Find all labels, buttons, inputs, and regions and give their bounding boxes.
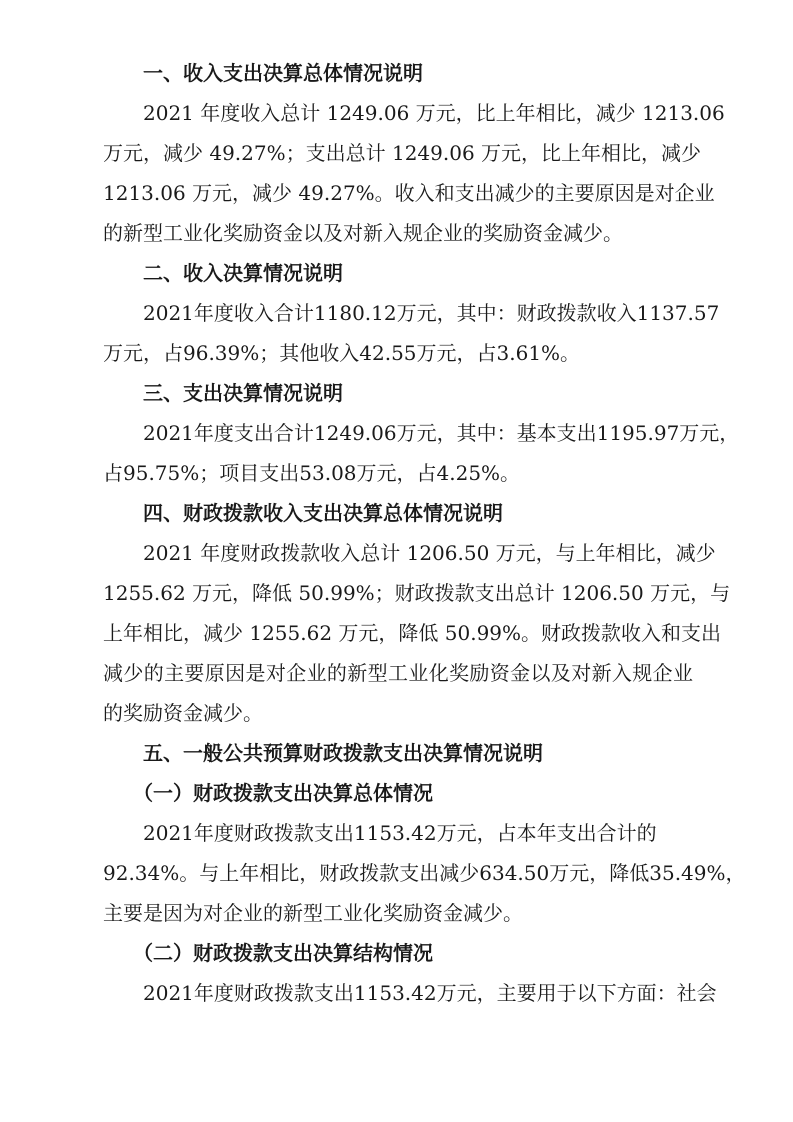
- paragraph-line: 2021年度收入合计1180.12万元，其中：财政拨款收入1137.57: [143, 301, 693, 325]
- section-heading: 一、收入支出决算总体情况说明: [143, 61, 693, 85]
- paragraph-line: 上年相比，减少 1255.62 万元，降低 50.99%。财政拨款收入和支出: [103, 621, 693, 645]
- paragraph-line: 主要是因为对企业的新型工业化奖励资金减少。: [103, 901, 693, 925]
- paragraph-line: 92.34%。与上年相比，财政拨款支出减少634.50万元，降低35.49%，: [103, 861, 693, 885]
- section-heading: 四、财政拨款收入支出决算总体情况说明: [143, 501, 693, 525]
- paragraph-line: 2021年度财政拨款支出1153.42万元，主要用于以下方面：社会: [143, 981, 693, 1005]
- paragraph-line: 2021年度财政拨款支出1153.42万元，占本年支出合计的: [143, 821, 693, 845]
- paragraph-line: 的新型工业化奖励资金以及对新入规企业的奖励资金减少。: [103, 221, 693, 245]
- subsection-heading: （二）财政拨款支出决算结构情况: [133, 941, 723, 965]
- section-heading: 五、一般公共预算财政拨款支出决算情况说明: [143, 741, 693, 765]
- section-heading: 二、收入决算情况说明: [143, 261, 693, 285]
- paragraph-line: 的奖励资金减少。: [103, 701, 693, 725]
- subsection-heading: （一）财政拨款支出决算总体情况: [133, 781, 723, 805]
- paragraph-line: 减少的主要原因是对企业的新型工业化奖励资金以及对新入规企业: [103, 661, 693, 685]
- section-heading: 三、支出决算情况说明: [143, 381, 693, 405]
- paragraph-line: 万元，占96.39%；其他收入42.55万元，占3.61%。: [103, 341, 693, 365]
- paragraph-line: 2021 年度收入总计 1249.06 万元，比上年相比，减少 1213.06: [143, 101, 693, 125]
- paragraph-line: 2021 年度财政拨款收入总计 1206.50 万元，与上年相比，减少: [143, 541, 693, 565]
- paragraph-line: 1255.62 万元，降低 50.99%；财政拨款支出总计 1206.50 万元…: [103, 581, 693, 605]
- paragraph-line: 2021年度支出合计1249.06万元，其中：基本支出1195.97万元，: [143, 421, 693, 445]
- paragraph-line: 1213.06 万元，减少 49.27%。收入和支出减少的主要原因是对企业: [103, 181, 693, 205]
- paragraph-line: 万元，减少 49.27%；支出总计 1249.06 万元，比上年相比，减少: [103, 141, 693, 165]
- paragraph-line: 占95.75%；项目支出53.08万元，占4.25%。: [103, 461, 693, 485]
- document-page: 一、收入支出决算总体情况说明 2021 年度收入总计 1249.06 万元，比上…: [0, 0, 793, 1122]
